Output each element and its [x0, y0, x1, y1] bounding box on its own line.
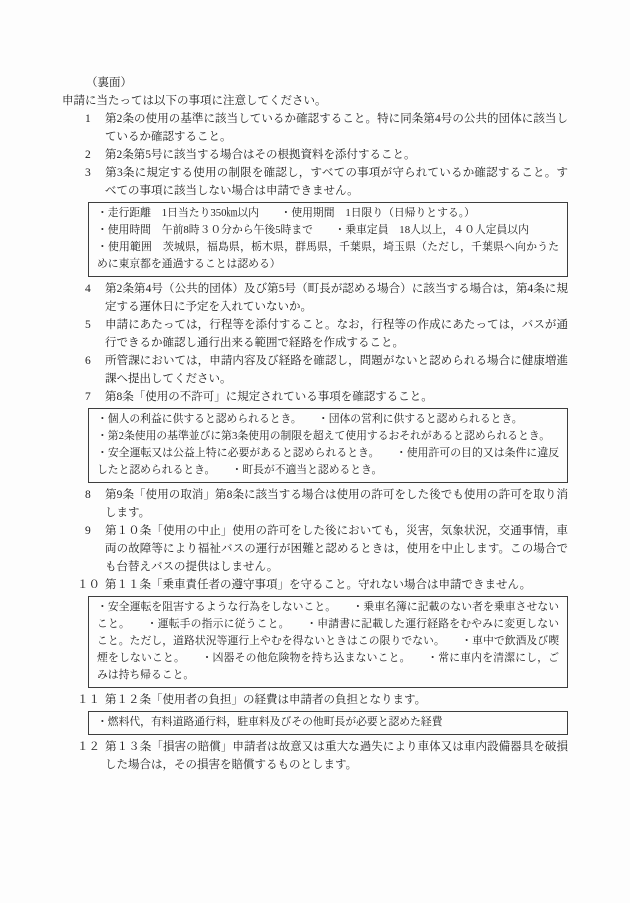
note-item-text: 第2条第5号に該当する場合はその根拠資料を添付すること。 — [105, 149, 416, 161]
note-item-text: 第8条「使用の不許可」に規定されている事項を確認すること。 — [105, 391, 433, 403]
note-item-number: 1 — [62, 110, 105, 128]
note-item: 3第3条に規定する使用の制限を確認し，すべての事項が守られているか確認すること。… — [62, 164, 568, 200]
note-item: １１第１２条「使用者の負担」の経費は申請者の負担となります。 — [62, 691, 568, 709]
note-item: 6所管課においては，申請内容及び経路を確認し，問題がないと認められる場合に健康増… — [62, 352, 568, 388]
note-item-number: 5 — [62, 316, 105, 334]
intro-text: 申請に当たっては以下の事項に注意してください。 — [62, 92, 568, 110]
box-text-line: ・使用範囲 茨城県，福島県，栃木県，群馬県，千葉県，埼玉県（ただし，千葉県へ向か… — [97, 239, 559, 273]
note-item: 4第2条第4号（公共的団体）及び第5号（町長が認める場合）に該当する場合は，第4… — [62, 280, 568, 316]
note-item: １０第１１条「乗車責任者の遵守事項」を守ること。守れない場合は申請できません。 — [62, 576, 568, 594]
note-item-number: 4 — [62, 280, 105, 298]
note-item-text: 申請にあたっては，行程等を添付すること。なお，行程等の作成にあたっては，バスが通… — [105, 319, 568, 349]
note-item-text: 第１１条「乗車責任者の遵守事項」を守ること。守れない場合は申請できません。 — [105, 579, 531, 591]
note-detail-box: ・個人の利益に供すると認められるとき。 ・団体の営利に供すると認められるとき。・… — [88, 408, 568, 483]
note-item-text: 第2条の使用の基準に該当しているか確認すること。特に同条第4号の公共的団体に該当… — [105, 113, 568, 143]
note-item-number: 8 — [62, 486, 105, 504]
note-item-text: 第2条第4号（公共的団体）及び第5号（町長が認める場合）に該当する場合は，第4条… — [105, 283, 568, 313]
box-text-line: ・安全運転又は公益上特に必要があると認められるとき。 ・使用許可の目的又は条件に… — [97, 445, 559, 479]
note-item-text: 第１３条「損害の賠償」申請者は故意又は重大な過失により車体又は車内設備器具を破損… — [105, 741, 568, 771]
note-item: 5申請にあたっては，行程等を添付すること。なお，行程等の作成にあたっては，バスが… — [62, 316, 568, 352]
note-item: １２第１３条「損害の賠償」申請者は故意又は重大な過失により車体又は車内設備器具を… — [62, 738, 568, 774]
note-item-number: １０ — [62, 576, 105, 594]
note-item-text: 第１０条「使用の中止」使用の許可をした後においても，災害，気象状況，交通事情，車… — [105, 525, 568, 573]
note-item: 7第8条「使用の不許可」に規定されている事項を確認すること。 — [62, 388, 568, 406]
note-item-text: 所管課においては，申請内容及び経路を確認し，問題がないと認められる場合に健康増進… — [105, 355, 568, 385]
note-item-text: 第9条「使用の取消」第8条に該当する場合は使用の許可をした後でも使用の許可を取り… — [105, 489, 568, 519]
box-text-line: ・使用時間 午前8時３０分から午後5時まで ・乗車定員 18人以上，４０人定員以… — [97, 222, 559, 239]
note-detail-box: ・燃料代，有料道路通行料，駐車料及びその他町長が必要と認めた経費 — [88, 711, 568, 735]
note-item-text: 第１２条「使用者の負担」の経費は申請者の負担となります。 — [105, 694, 426, 706]
note-item: 1第2条の使用の基準に該当しているか確認すること。特に同条第4号の公共的団体に該… — [62, 110, 568, 146]
note-item-number: １１ — [62, 691, 105, 709]
note-item-number: 3 — [62, 164, 105, 182]
notes-list: 1第2条の使用の基準に該当しているか確認すること。特に同条第4号の公共的団体に該… — [62, 110, 568, 774]
note-item-number: 6 — [62, 352, 105, 370]
note-item-text: 第3条に規定する使用の制限を確認し，すべての事項が守られているか確認すること。す… — [105, 167, 568, 197]
note-detail-box: ・走行距離 1日当たり350㎞以内 ・使用期間 1日限り（日帰りとする。）・使用… — [88, 202, 568, 277]
note-item: 2第2条第5号に該当する場合はその根拠資料を添付すること。 — [62, 146, 568, 164]
page-side-label: （裏面） — [86, 74, 568, 92]
box-text-line: ・第2条使用の基準並びに第3条使用の制限を超えて使用するおそれがあると認められる… — [97, 428, 559, 445]
document-page: （裏面） 申請に当たっては以下の事項に注意してください。 1第2条の使用の基準に… — [0, 0, 630, 903]
note-item-number: 2 — [62, 146, 105, 164]
box-text-line: ・燃料代，有料道路通行料，駐車料及びその他町長が必要と認めた経費 — [97, 714, 559, 731]
note-detail-box: ・安全運転を阻害するような行為をしないこと。 ・乗車名簿に記載のない者を乗車させ… — [88, 596, 568, 688]
box-text-line: ・走行距離 1日当たり350㎞以内 ・使用期間 1日限り（日帰りとする。） — [97, 205, 559, 222]
note-item-number: 7 — [62, 388, 105, 406]
note-item-number: 9 — [62, 522, 105, 540]
box-text-line: ・安全運転を阻害するような行為をしないこと。 ・乗車名簿に記載のない者を乗車させ… — [97, 599, 559, 684]
note-item: 9第１０条「使用の中止」使用の許可をした後においても，災害，気象状況，交通事情，… — [62, 522, 568, 576]
note-item-number: １２ — [62, 738, 105, 756]
note-item: 8第9条「使用の取消」第8条に該当する場合は使用の許可をした後でも使用の許可を取… — [62, 486, 568, 522]
box-text-line: ・個人の利益に供すると認められるとき。 ・団体の営利に供すると認められるとき。 — [97, 411, 559, 428]
